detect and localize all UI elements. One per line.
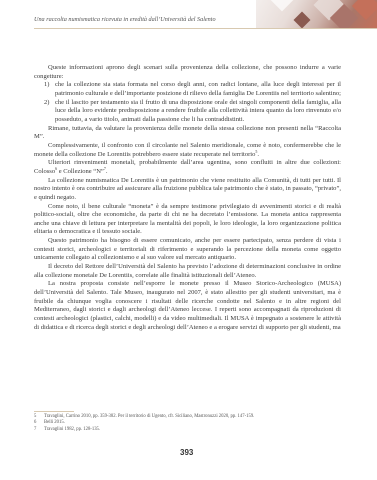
paragraph: Rimane, tuttavia, da valutare la proveni… [34,125,341,142]
paragraph: Ulteriori rinvenimenti monetali, probabi… [34,159,341,176]
paragraph-text: e Collezione “N” [57,168,104,175]
footnote-ref[interactable]: 5 [255,148,257,153]
list-number: 1) [44,81,55,98]
paragraph: Questo patrimonio ha bisogno di essere c… [34,237,341,263]
footnote-divider [34,411,74,412]
footnote-text: Travaglini 1982, pp. 128-135. [44,427,100,433]
footnote-ref[interactable]: 7 [104,166,106,171]
paragraph-text: Complessivamente, il confronto con il ci… [34,142,341,158]
footnote-text: Travaglini, Carrino 2010, pp. 359-382. P… [44,414,254,420]
list-text: che il lascito per testamento sia il fru… [55,99,341,125]
list-item: 1) che la collezione sia stata formata n… [34,81,341,98]
footnotes: 5 Travaglini, Carrino 2010, pp. 359-382.… [34,414,341,433]
footnote-number: 7 [34,427,44,433]
body-text: Queste informazioni aprono degli scenari… [34,64,341,332]
list-item: 2) che il lascito per testamento sia il … [34,99,341,125]
page-number: 393 [180,448,193,457]
list-text: che la collezione sia stata formata nel … [55,81,341,98]
header-decorative-art [256,0,377,29]
paragraph: La collezione numismatica De Lorentiis è… [34,177,341,203]
paragraph: Come noto, il bene culturale “moneta” è … [34,203,341,238]
list-number: 2) [44,99,55,125]
header-divider [34,28,377,29]
paragraph: Complessivamente, il confronto con il ci… [34,142,341,159]
paragraph: La nostra proposta consiste nell’esporre… [34,280,341,332]
footnote: 7 Travaglini 1982, pp. 128-135. [34,427,341,433]
running-title: Una raccolta numismatica ricevuta in ere… [34,16,216,23]
paragraph: Queste informazioni aprono degli scenari… [34,64,341,81]
paragraph: Il decreto del Rettore dell’Università d… [34,263,341,280]
